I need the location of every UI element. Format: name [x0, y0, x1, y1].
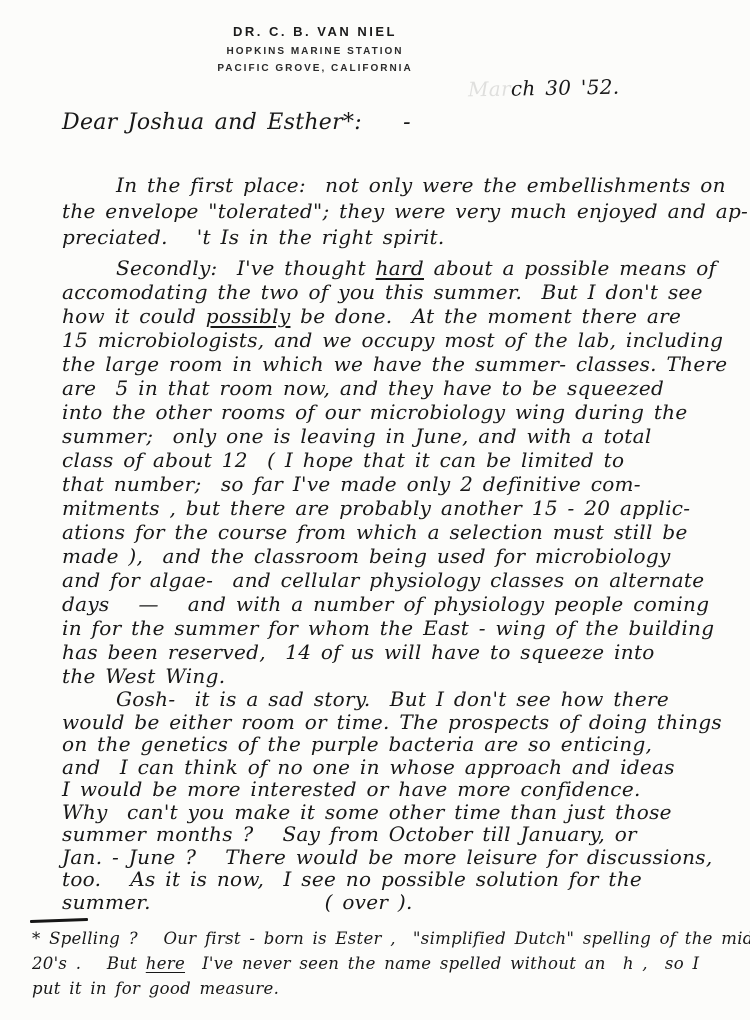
footnote-line: * Spelling ? Our first - born is Ester ,…: [32, 926, 744, 951]
letter-line: Secondly: I've thought hard about a poss…: [62, 256, 712, 280]
letter-page: Dr. C. B. Van Niel Hopkins Marine Statio…: [0, 0, 750, 1020]
letter-line: the envelope "tolerated"; they were very…: [62, 198, 712, 224]
letter-line: Jan. - June ? There would be more leisur…: [62, 846, 712, 869]
letter-line: summer; only one is leaving in June, and…: [62, 424, 712, 448]
letter-line: In the first place: not only were the em…: [62, 172, 712, 198]
letter-line: in for the summer for whom the East - wi…: [62, 616, 712, 640]
date-text: ch 30 '52.: [511, 75, 620, 101]
letter-line: Gosh- it is a sad story. But I don't see…: [62, 688, 712, 711]
letterhead-location: Pacific Grove, California: [140, 63, 490, 74]
letter-line: into the other rooms of our microbiology…: [62, 400, 712, 424]
letter-line: the large room in which we have the summ…: [62, 352, 712, 376]
line-segment: 20's . But: [32, 954, 146, 973]
paragraph-3: Gosh- it is a sad story. But I don't see…: [62, 688, 712, 913]
letterhead: Dr. C. B. Van Niel Hopkins Marine Statio…: [140, 24, 490, 80]
underlined-word: here: [146, 954, 185, 973]
letter-line: preciated. 't Is in the right spirit.: [62, 224, 712, 250]
letterhead-institution: Hopkins Marine Station: [140, 46, 490, 57]
letter-line: summer. ( over ).: [62, 891, 712, 914]
letter-line: accomodating the two of you this summer.…: [62, 280, 712, 304]
date-faded-text: Mar: [468, 77, 511, 102]
footnote-line: put it in for good measure.: [32, 976, 744, 1001]
underlined-word: possibly: [206, 304, 291, 328]
letter-line: ations for the course from which a selec…: [62, 520, 712, 544]
letterhead-name: Dr. C. B. Van Niel: [140, 24, 490, 39]
underlined-word: hard: [376, 256, 424, 280]
letter-line: days — and with a number of physiology p…: [62, 592, 712, 616]
letter-line: on the genetics of the purple bacteria a…: [62, 733, 712, 756]
letter-line: Why can't you make it some other time th…: [62, 801, 712, 824]
letter-line: how it could possibly be done. At the mo…: [62, 304, 712, 328]
letter-line: too. As it is now, I see no possible sol…: [62, 868, 712, 891]
letter-line: and for algae- and cellular physiology c…: [62, 568, 712, 592]
footnote: * Spelling ? Our first - born is Ester ,…: [32, 926, 744, 1001]
letter-line: has been reserved, 14 of us will have to…: [62, 640, 712, 664]
line-segment: Secondly: I've thought: [116, 256, 376, 280]
line-segment: I've never seen the name spelled without…: [185, 954, 699, 973]
letter-line: that number; so far I've made only 2 def…: [62, 472, 712, 496]
date-line: March 30 '52.: [468, 75, 620, 102]
letter-body: Dear Joshua and Esther*: - In the first …: [62, 108, 712, 913]
letter-line: summer months ? Say from October till Ja…: [62, 823, 712, 846]
letter-line: made ), and the classroom being used for…: [62, 544, 712, 568]
line-segment: be done. At the moment there are: [290, 304, 681, 328]
letter-line: class of about 12 ( I hope that it can b…: [62, 448, 712, 472]
line-segment: how it could: [62, 304, 206, 328]
footnote-line: 20's . But here I've never seen the name…: [32, 951, 744, 976]
letter-line: mitments , but there are probably anothe…: [62, 496, 712, 520]
letter-line: and I can think of no one in whose appro…: [62, 756, 712, 779]
letter-line: 15 microbiologists, and we occupy most o…: [62, 328, 712, 352]
paragraph-2: Secondly: I've thought hard about a poss…: [62, 256, 712, 688]
letter-line: the West Wing.: [62, 664, 712, 688]
letter-line: are 5 in that room now, and they have to…: [62, 376, 712, 400]
line-segment: about a possible means of: [424, 256, 716, 280]
salutation: Dear Joshua and Esther*: -: [62, 108, 712, 138]
letter-line: I would be more interested or have more …: [62, 778, 712, 801]
paragraph-1: In the first place: not only were the em…: [62, 172, 712, 250]
footnote-divider: [30, 918, 88, 923]
letter-line: would be either room or time. The prospe…: [62, 711, 712, 734]
